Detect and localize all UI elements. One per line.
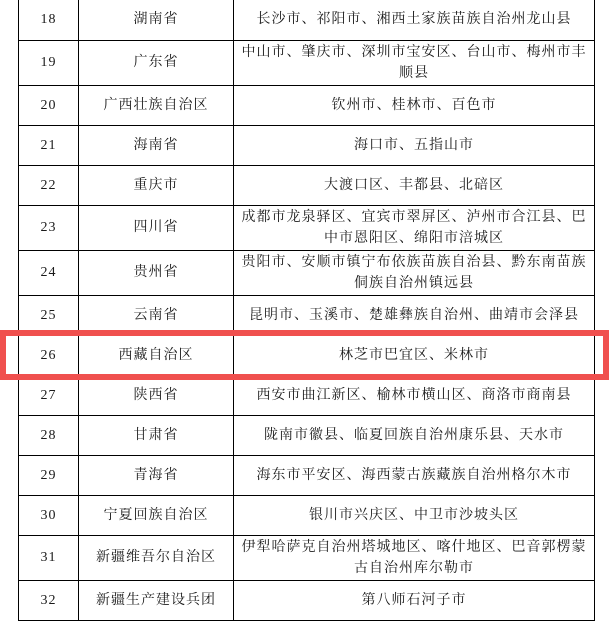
table-row: 29 青海省 海东市平安区、海西蒙古族藏族自治州格尔木市: [19, 455, 595, 495]
table-row: 31 新疆维吾尔自治区 伊犁哈萨克自治州塔城地区、喀什地区、巴音郭楞蒙古自治州库…: [19, 535, 595, 580]
table-row: 27 陕西省 西安市曲江新区、榆林市横山区、商洛市商南县: [19, 375, 595, 415]
table-row: 20 广西壮族自治区 钦州市、桂林市、百色市: [19, 85, 595, 125]
row-number-cell: 31: [19, 535, 79, 580]
row-number-cell: 32: [19, 580, 79, 620]
row-number-cell: 22: [19, 165, 79, 205]
province-cell: 贵州省: [79, 250, 234, 295]
table-row: 21 海南省 海口市、五指山市: [19, 125, 595, 165]
row-number-cell: 25: [19, 295, 79, 335]
region-city-table: 18 湖南省 长沙市、祁阳市、湘西土家族苗族自治州龙山县 19 广东省 中山市、…: [18, 0, 595, 621]
province-cell: 陕西省: [79, 375, 234, 415]
table-row: 25 云南省 昆明市、玉溪市、楚雄彝族自治州、曲靖市会泽县: [19, 295, 595, 335]
cities-cell: 第八师石河子市: [234, 580, 595, 620]
cities-cell: 西安市曲江新区、榆林市横山区、商洛市商南县: [234, 375, 595, 415]
province-cell: 新疆生产建设兵团: [79, 580, 234, 620]
table-row: 24 贵州省 贵阳市、安顺市镇宁布依族苗族自治县、黔东南苗族侗族自治州镇远县: [19, 250, 595, 295]
cities-cell: 贵阳市、安顺市镇宁布依族苗族自治县、黔东南苗族侗族自治州镇远县: [234, 250, 595, 295]
province-cell: 宁夏回族自治区: [79, 495, 234, 535]
cities-cell: 陇南市徽县、临夏回族自治州康乐县、天水市: [234, 415, 595, 455]
province-cell: 新疆维吾尔自治区: [79, 535, 234, 580]
row-number-cell: 28: [19, 415, 79, 455]
cities-cell: 长沙市、祁阳市、湘西土家族苗族自治州龙山县: [234, 0, 595, 40]
province-cell: 四川省: [79, 205, 234, 250]
table-row: 22 重庆市 大渡口区、丰都县、北碚区: [19, 165, 595, 205]
table-row: 19 广东省 中山市、肇庆市、深圳市宝安区、台山市、梅州市丰顺县: [19, 40, 595, 85]
province-cell: 广东省: [79, 40, 234, 85]
province-cell: 云南省: [79, 295, 234, 335]
table-row: 28 甘肃省 陇南市徽县、临夏回族自治州康乐县、天水市: [19, 415, 595, 455]
row-number-cell: 30: [19, 495, 79, 535]
row-number-cell: 26: [19, 335, 79, 375]
table-row: 23 四川省 成都市龙泉驿区、宜宾市翠屏区、泸州市合江县、巴中市恩阳区、绵阳市涪…: [19, 205, 595, 250]
document-page: 18 湖南省 长沙市、祁阳市、湘西土家族苗族自治州龙山县 19 广东省 中山市、…: [0, 0, 612, 629]
row-number-cell: 18: [19, 0, 79, 40]
cities-cell: 钦州市、桂林市、百色市: [234, 85, 595, 125]
row-number-cell: 23: [19, 205, 79, 250]
table-row: 30 宁夏回族自治区 银川市兴庆区、中卫市沙坡头区: [19, 495, 595, 535]
province-cell: 青海省: [79, 455, 234, 495]
cities-cell: 昆明市、玉溪市、楚雄彝族自治州、曲靖市会泽县: [234, 295, 595, 335]
province-cell: 广西壮族自治区: [79, 85, 234, 125]
row-number-cell: 20: [19, 85, 79, 125]
row-number-cell: 19: [19, 40, 79, 85]
cities-cell: 大渡口区、丰都县、北碚区: [234, 165, 595, 205]
cities-cell: 海东市平安区、海西蒙古族藏族自治州格尔木市: [234, 455, 595, 495]
cities-cell: 中山市、肇庆市、深圳市宝安区、台山市、梅州市丰顺县: [234, 40, 595, 85]
cities-cell: 林芝市巴宜区、米林市: [234, 335, 595, 375]
province-cell: 甘肃省: [79, 415, 234, 455]
table-row: 18 湖南省 长沙市、祁阳市、湘西土家族苗族自治州龙山县: [19, 0, 595, 40]
row-number-cell: 27: [19, 375, 79, 415]
province-cell: 海南省: [79, 125, 234, 165]
cities-cell: 银川市兴庆区、中卫市沙坡头区: [234, 495, 595, 535]
row-number-cell: 29: [19, 455, 79, 495]
table-row: 32 新疆生产建设兵团 第八师石河子市: [19, 580, 595, 620]
province-cell: 湖南省: [79, 0, 234, 40]
table-body: 18 湖南省 长沙市、祁阳市、湘西土家族苗族自治州龙山县 19 广东省 中山市、…: [19, 0, 595, 620]
province-cell: 重庆市: [79, 165, 234, 205]
table-row: 26 西藏自治区 林芝市巴宜区、米林市: [19, 335, 595, 375]
row-number-cell: 24: [19, 250, 79, 295]
cities-cell: 成都市龙泉驿区、宜宾市翠屏区、泸州市合江县、巴中市恩阳区、绵阳市涪城区: [234, 205, 595, 250]
cities-cell: 海口市、五指山市: [234, 125, 595, 165]
province-cell: 西藏自治区: [79, 335, 234, 375]
row-number-cell: 21: [19, 125, 79, 165]
cities-cell: 伊犁哈萨克自治州塔城地区、喀什地区、巴音郭楞蒙古自治州库尔勒市: [234, 535, 595, 580]
